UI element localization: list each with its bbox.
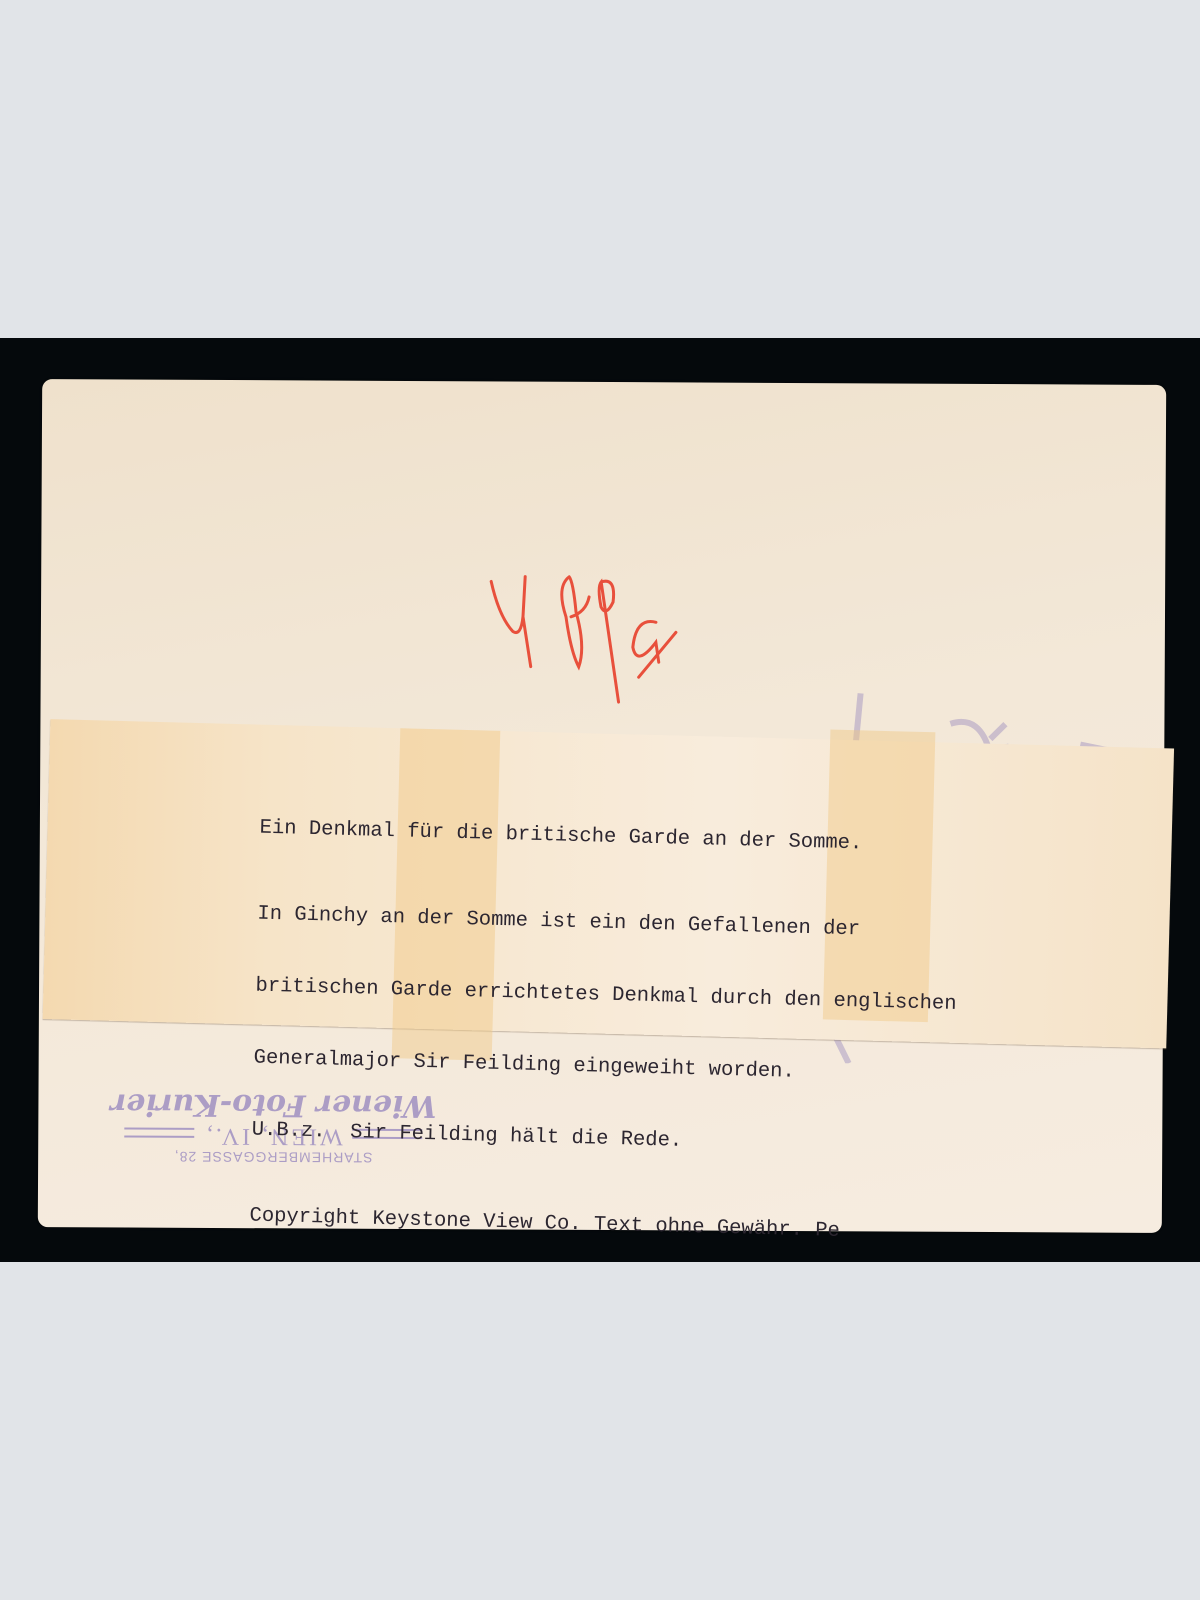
stamp-rule-right xyxy=(124,1128,194,1138)
typed-caption-slip: Ein Denkmal für die britische Garde an d… xyxy=(43,719,1174,1048)
caption-headline: Ein Denkmal für die britische Garde an d… xyxy=(259,817,1179,865)
caption-credit: Copyright Keystone View Co. Text ohne Ge… xyxy=(249,1204,1169,1252)
caption-text: Ein Denkmal für die britische Garde an d… xyxy=(248,769,1181,1301)
caption-body-line: Generalmajor Sir Feilding eingeweiht wor… xyxy=(253,1047,1173,1095)
photo-frame: KE STARHEMBERGGASSE 28, WIEN, IV., Wiene… xyxy=(0,338,1200,1262)
photo-card-back: KE STARHEMBERGGASSE 28, WIEN, IV., Wiene… xyxy=(38,379,1166,1233)
caption-body-line: britischen Garde errichtetes Denkmal dur… xyxy=(255,975,1175,1023)
caption-body-line: U.B.z. Sir Feilding hält die Rede. xyxy=(251,1119,1171,1167)
caption-body-line: In Ginchy an der Somme ist ein den Gefal… xyxy=(257,903,1177,951)
handwritten-red-pencil-mark xyxy=(461,556,682,707)
